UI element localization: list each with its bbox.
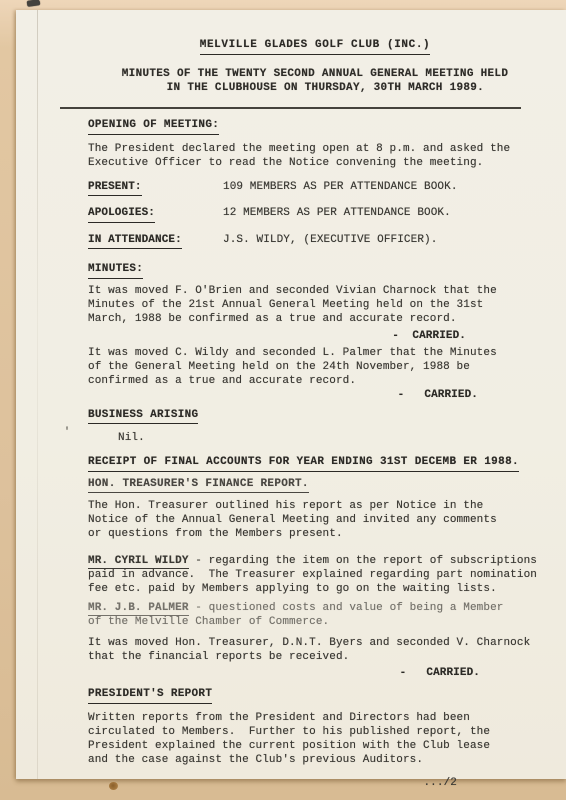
wildy-question-paragraph: MR. CYRIL WILDY - regarding the item on … bbox=[88, 554, 542, 596]
present-value: 109 MEMBERS AS PER ATTENDANCE BOOK. bbox=[223, 180, 458, 197]
separator-line bbox=[60, 107, 521, 109]
speaker-name-palmer: MR. J.B. PALMER bbox=[88, 602, 189, 616]
paper-fold-line bbox=[37, 10, 38, 779]
title-block: MELVILLE GLADES GOLF CLUB (INC.) bbox=[88, 38, 542, 55]
accounts-motion-paragraph: It was moved Hon. Treasurer, D.N.T. Byer… bbox=[88, 636, 542, 664]
heading-presidents-report: PRESIDENT'S REPORT bbox=[88, 687, 542, 704]
business-arising-body: Nil. bbox=[88, 431, 542, 445]
page-continuation-mark: .../2 bbox=[88, 776, 457, 790]
carried-marker-3: - CARRIED. bbox=[88, 666, 480, 680]
heading-receipt-of-accounts: RECEIPT OF FINAL ACCOUNTS FOR YEAR ENDIN… bbox=[88, 455, 542, 472]
in-attendance-value: J.S. WILDY, (EXECUTIVE OFFICER). bbox=[223, 233, 437, 250]
attendance-row-apologies: APOLOGIES: 12 MEMBERS AS PER ATTENDANCE … bbox=[88, 206, 542, 223]
speaker-name-wildy: MR. CYRIL WILDY bbox=[88, 555, 189, 569]
scanned-document-background: { "colors": { "paper": "#f1eee3", "backi… bbox=[0, 0, 566, 800]
apologies-value: 12 MEMBERS AS PER ATTENDANCE BOOK. bbox=[223, 206, 451, 223]
present-label: PRESENT: bbox=[88, 180, 223, 197]
carried-marker-1: - CARRIED. bbox=[88, 329, 466, 343]
minutes-motion-2: It was moved C. Wildy and seconded L. Pa… bbox=[88, 346, 542, 388]
heading-business-arising: BUSINESS ARISING bbox=[88, 408, 542, 425]
presidents-report-paragraph: Written reports from the President and D… bbox=[88, 711, 542, 767]
document-title: MELVILLE GLADES GOLF CLUB (INC.) bbox=[200, 38, 430, 55]
minutes-motion-1: It was moved F. O'Brien and seconded Viv… bbox=[88, 284, 542, 326]
in-attendance-label: IN ATTENDANCE: bbox=[88, 233, 223, 250]
attendance-row-present: PRESENT: 109 MEMBERS AS PER ATTENDANCE B… bbox=[88, 180, 542, 197]
paper-stain-dot bbox=[109, 782, 118, 790]
attendance-row-in-attendance: IN ATTENDANCE: J.S. WILDY, (EXECUTIVE OF… bbox=[88, 233, 542, 250]
document-page: MELVILLE GLADES GOLF CLUB (INC.) MINUTES… bbox=[16, 10, 566, 779]
heading-minutes: MINUTES: bbox=[88, 262, 542, 279]
opening-paragraph: The President declared the meeting open … bbox=[88, 142, 542, 170]
heading-treasurers-finance-report: HON. TREASURER'S FINANCE REPORT. bbox=[88, 477, 542, 494]
palmer-question-paragraph: MR. J.B. PALMER - questioned costs and v… bbox=[88, 601, 542, 629]
ink-smudge-mark bbox=[27, 0, 41, 7]
treasurer-report-paragraph: The Hon. Treasurer outlined his report a… bbox=[88, 499, 542, 541]
heading-opening-of-meeting: OPENING OF MEETING: bbox=[88, 118, 542, 135]
stray-apostrophe-mark: ' bbox=[64, 426, 70, 440]
apologies-label: APOLOGIES: bbox=[88, 206, 223, 223]
carried-marker-2: - CARRIED. bbox=[88, 388, 478, 402]
document-subtitle: MINUTES OF THE TWENTY SECOND ANNUAL GENE… bbox=[88, 67, 542, 95]
